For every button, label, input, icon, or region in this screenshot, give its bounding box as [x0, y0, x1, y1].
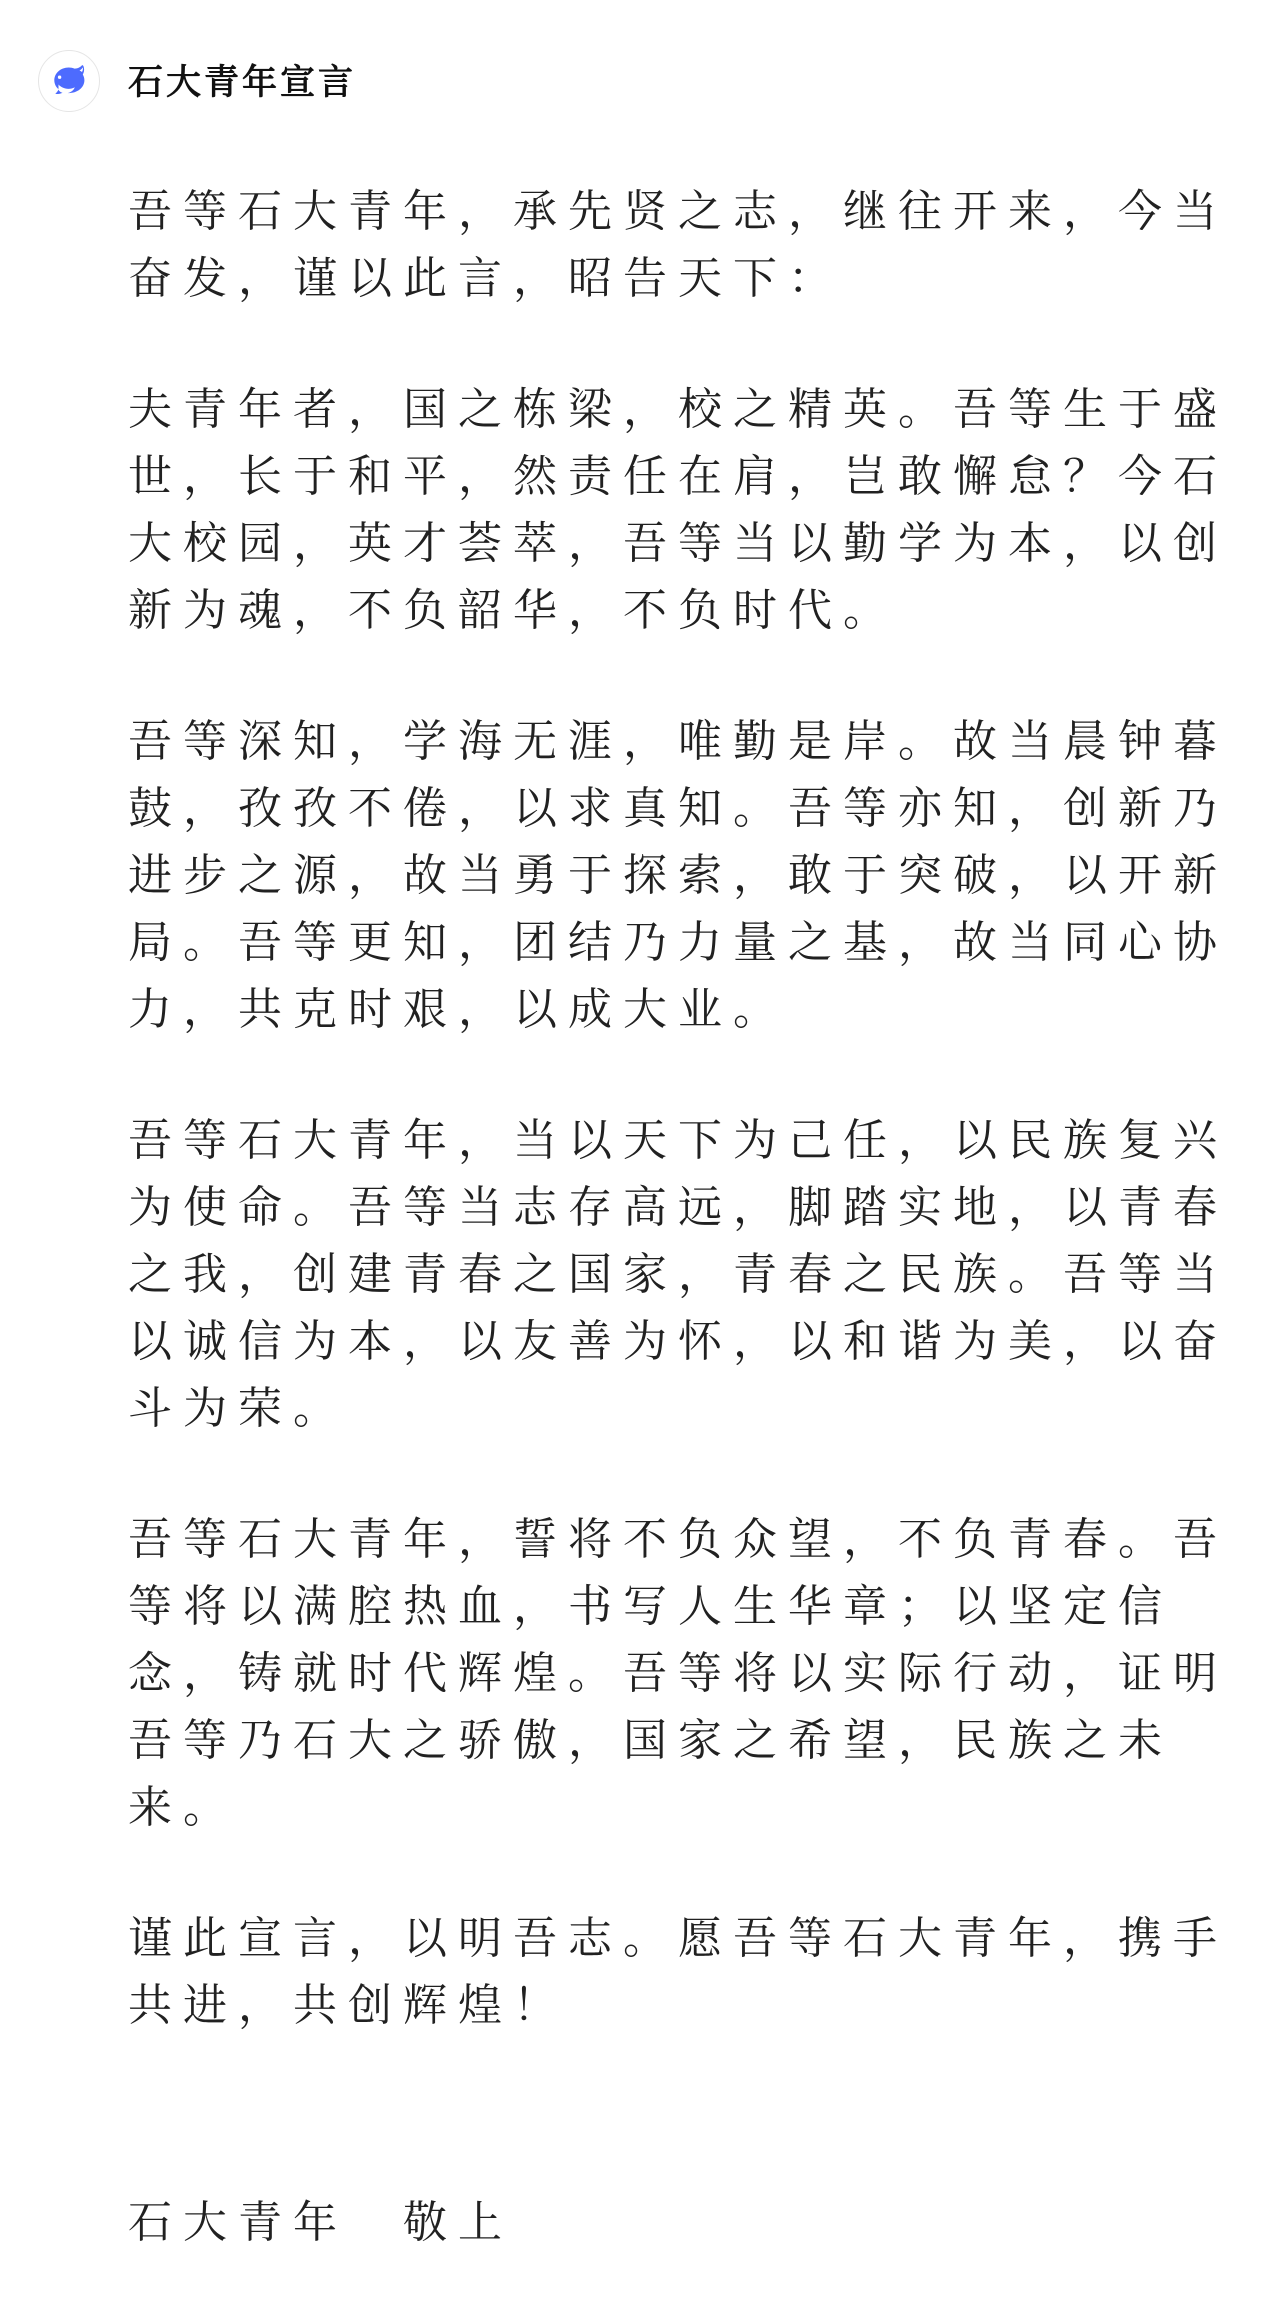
declaration-paragraph-6: 谨此宣言，以明吾志。愿吾等石大青年，携手共进，共创辉煌！: [128, 1905, 1232, 2039]
declaration-paragraph-1: 吾等石大青年，承先贤之志，继往开来，今当奋发，谨以此言，昭告天下：: [128, 178, 1232, 312]
assistant-avatar: [38, 50, 100, 112]
deepseek-whale-icon: [49, 61, 89, 101]
declaration-paragraph-5: 吾等石大青年，誓将不负众望，不负青春。吾等将以满腔热血，书写人生华章；以坚定信念…: [128, 1506, 1232, 1841]
declaration-paragraph-3: 吾等深知，学海无涯，唯勤是岸。故当晨钟暮鼓，孜孜不倦，以求真知。吾等亦知，创新乃…: [128, 708, 1232, 1043]
message-title: 石大青年宣言: [128, 52, 1232, 114]
signature: 石大青年 敬上: [128, 2189, 1232, 2256]
assistant-message: 石大青年宣言 吾等石大青年，承先贤之志，继往开来，今当奋发，谨以此言，昭告天下：…: [0, 0, 1280, 2316]
declaration-paragraph-4: 吾等石大青年，当以天下为己任，以民族复兴为使命。吾等当志存高远，脚踏实地，以青春…: [128, 1107, 1232, 1442]
declaration-paragraph-2: 夫青年者，国之栋梁，校之精英。吾等生于盛世，长于和平，然责任在肩，岂敢懈怠？今石…: [128, 376, 1232, 644]
message-content: 石大青年宣言 吾等石大青年，承先贤之志，继往开来，今当奋发，谨以此言，昭告天下：…: [128, 42, 1232, 2256]
